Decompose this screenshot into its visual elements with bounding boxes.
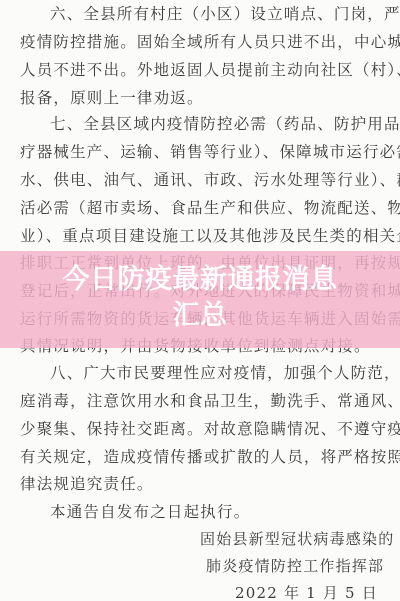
paragraph-6-line-3: 人员不进不出。外地返固人员提前主动向社区（村）、单位 <box>20 60 380 80</box>
paragraph-6-line-1: 六、全县所有村庄（小区）设立哨点、门岗，严格落实 <box>50 4 380 24</box>
paragraph-8-line-2: 庭消毒，注意饮用水和食品卫生，勤洗手、常通风、戴口罩、 <box>20 391 380 411</box>
headline-line-2: 汇总 <box>0 298 400 334</box>
paragraph-7-line-2: 疗器械生产、运输、销售等行业）、保障城市运行必需（供 <box>20 142 380 162</box>
paragraph-7-line-5: 业）、重点项目建设施工以及其他涉及民生类的相关企业安 <box>20 226 380 246</box>
paragraph-7-line-3: 水、供电、油气、通讯、市政、污水处理等行业）、群众生 <box>20 170 380 190</box>
signature-org-line-2: 肺炎疫情防控工作指挥部 <box>206 556 384 576</box>
paragraph-7-line-1: 七、全县区域内疫情防控必需（药品、防护用品以及医 <box>50 114 380 134</box>
paragraph-8-line-5: 律法规追究责任。 <box>20 474 380 494</box>
paragraph-7-line-4: 活必需（超市卖场、食品生产和供应、物流配送、物业等行 <box>20 198 380 218</box>
paragraph-6-line-4: 报备，原则上一律劝返。 <box>20 88 380 108</box>
headline-line-1: 今日防疫最新通报消息 <box>0 262 400 298</box>
paragraph-6-line-2: 疫情防控措施。固始全域所有人员只进不出，中心城区所有 <box>20 32 380 52</box>
signature-org-line-1: 固始县新型冠状病毒感染的 <box>200 529 394 549</box>
signature-date: 2022 年 1 月 5 日 <box>235 583 378 601</box>
paragraph-8-line-3: 少聚集、保持社交距离。对故意隐瞒情况、不遵守疫情防控 <box>20 419 380 439</box>
paragraph-8-line-1: 八、广大市民要理性应对疫情，加强个人防范，做好家 <box>50 363 380 383</box>
effective-notice: 本通告自发布之日起执行。 <box>50 502 380 522</box>
headline-title: 今日防疫最新通报消息 汇总 <box>0 262 400 334</box>
paragraph-8-line-4: 有关规定，造成疫情传播或扩散的人员，将严格按照相关法 <box>20 447 380 467</box>
